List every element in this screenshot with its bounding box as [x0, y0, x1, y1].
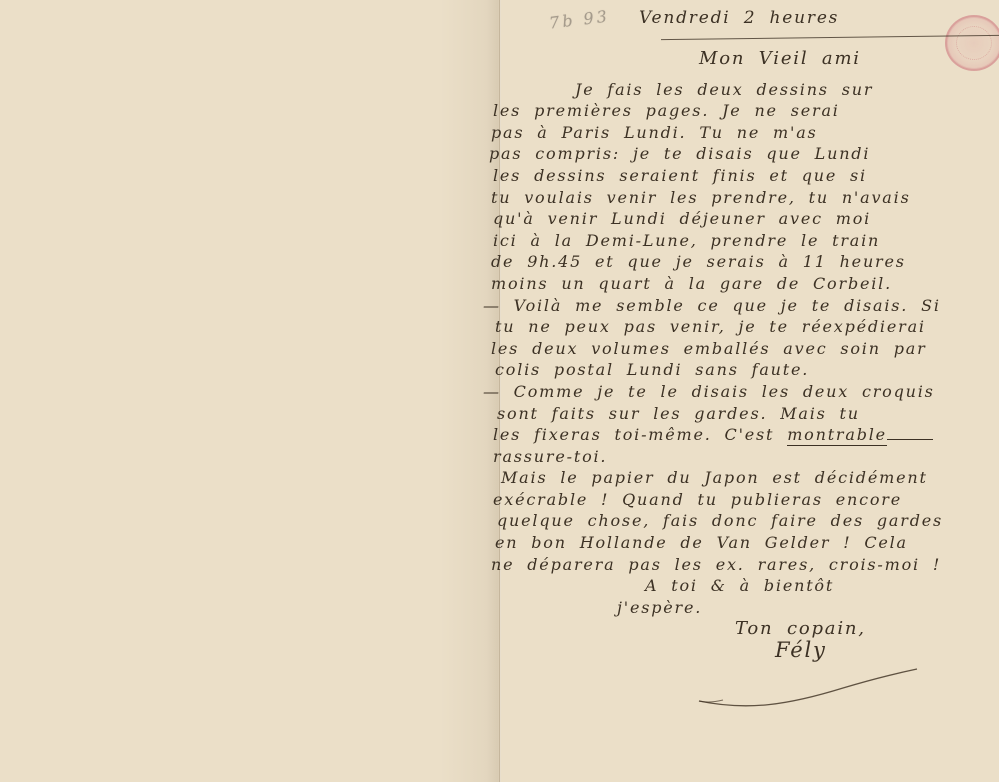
letter-line: tu voulais venir les prendre, tu n'avais: [491, 187, 999, 209]
underlined-word: montrable: [787, 425, 887, 446]
letter-scan: 7b 93 Vendredi 2 heures Mon Vieil ami Je…: [0, 0, 999, 782]
letter-body: Vendredi 2 heures Mon Vieil ami Je fais …: [487, 5, 999, 662]
letter-line: les dessins seraient finis et que si: [493, 165, 999, 187]
letter-line: j'espère.: [617, 597, 999, 619]
letter-line: les fixeras toi-même. C'est montrable: [493, 424, 999, 446]
letter-line: Je fais les deux dessins sur: [575, 79, 999, 101]
letter-line: les premières pages. Je ne serai: [493, 100, 999, 122]
letter-line: rassure-toi.: [493, 446, 999, 468]
letter-line: sont faits sur les gardes. Mais tu: [497, 403, 999, 425]
letter-line: les deux volumes emballés avec soin par: [491, 338, 999, 360]
letter-salutation: Mon Vieil ami: [699, 48, 999, 70]
letter-line: — Comme je te le disais les deux croquis: [483, 381, 999, 403]
trailing-underline: [887, 425, 933, 440]
signature-flourish: [693, 658, 923, 713]
letter-line: quelque chose, fais donc faire des garde…: [497, 510, 999, 532]
letter-line: de 9h.45 et que je serais à 11 heures: [491, 251, 999, 273]
letter-line: ici à la Demi-Lune, prendre le train: [493, 230, 999, 252]
letter-line: ne déparera pas les ex. rares, crois-moi…: [491, 554, 999, 576]
letter-line: tu ne peux pas venir, je te réexpédierai: [495, 316, 999, 338]
letter-dateline: Vendredi 2 heures: [639, 5, 999, 31]
letter-line: A toi & à bientôt: [645, 575, 999, 597]
letter-line: pas à Paris Lundi. Tu ne m'as: [491, 122, 999, 144]
letter-line: qu'à venir Lundi déjeuner avec moi: [493, 208, 999, 230]
letter-line: pas compris: je te disais que Lundi: [489, 143, 999, 165]
letter-line: Ton copain,: [735, 618, 999, 640]
letter-line: — Voilà me semble ce que je te disais. S…: [483, 295, 999, 317]
letter-line: exécrable ! Quand tu publieras encore: [493, 489, 999, 511]
letter-line: moins un quart à la gare de Corbeil.: [491, 273, 999, 295]
letter-lines: Je fais les deux dessins surles première…: [487, 79, 999, 662]
letter-line: en bon Hollande de Van Gelder ! Cela: [495, 532, 999, 554]
letter-line: Mais le papier du Japon est décidément: [501, 467, 999, 489]
letter-line: colis postal Lundi sans faute.: [495, 359, 999, 381]
